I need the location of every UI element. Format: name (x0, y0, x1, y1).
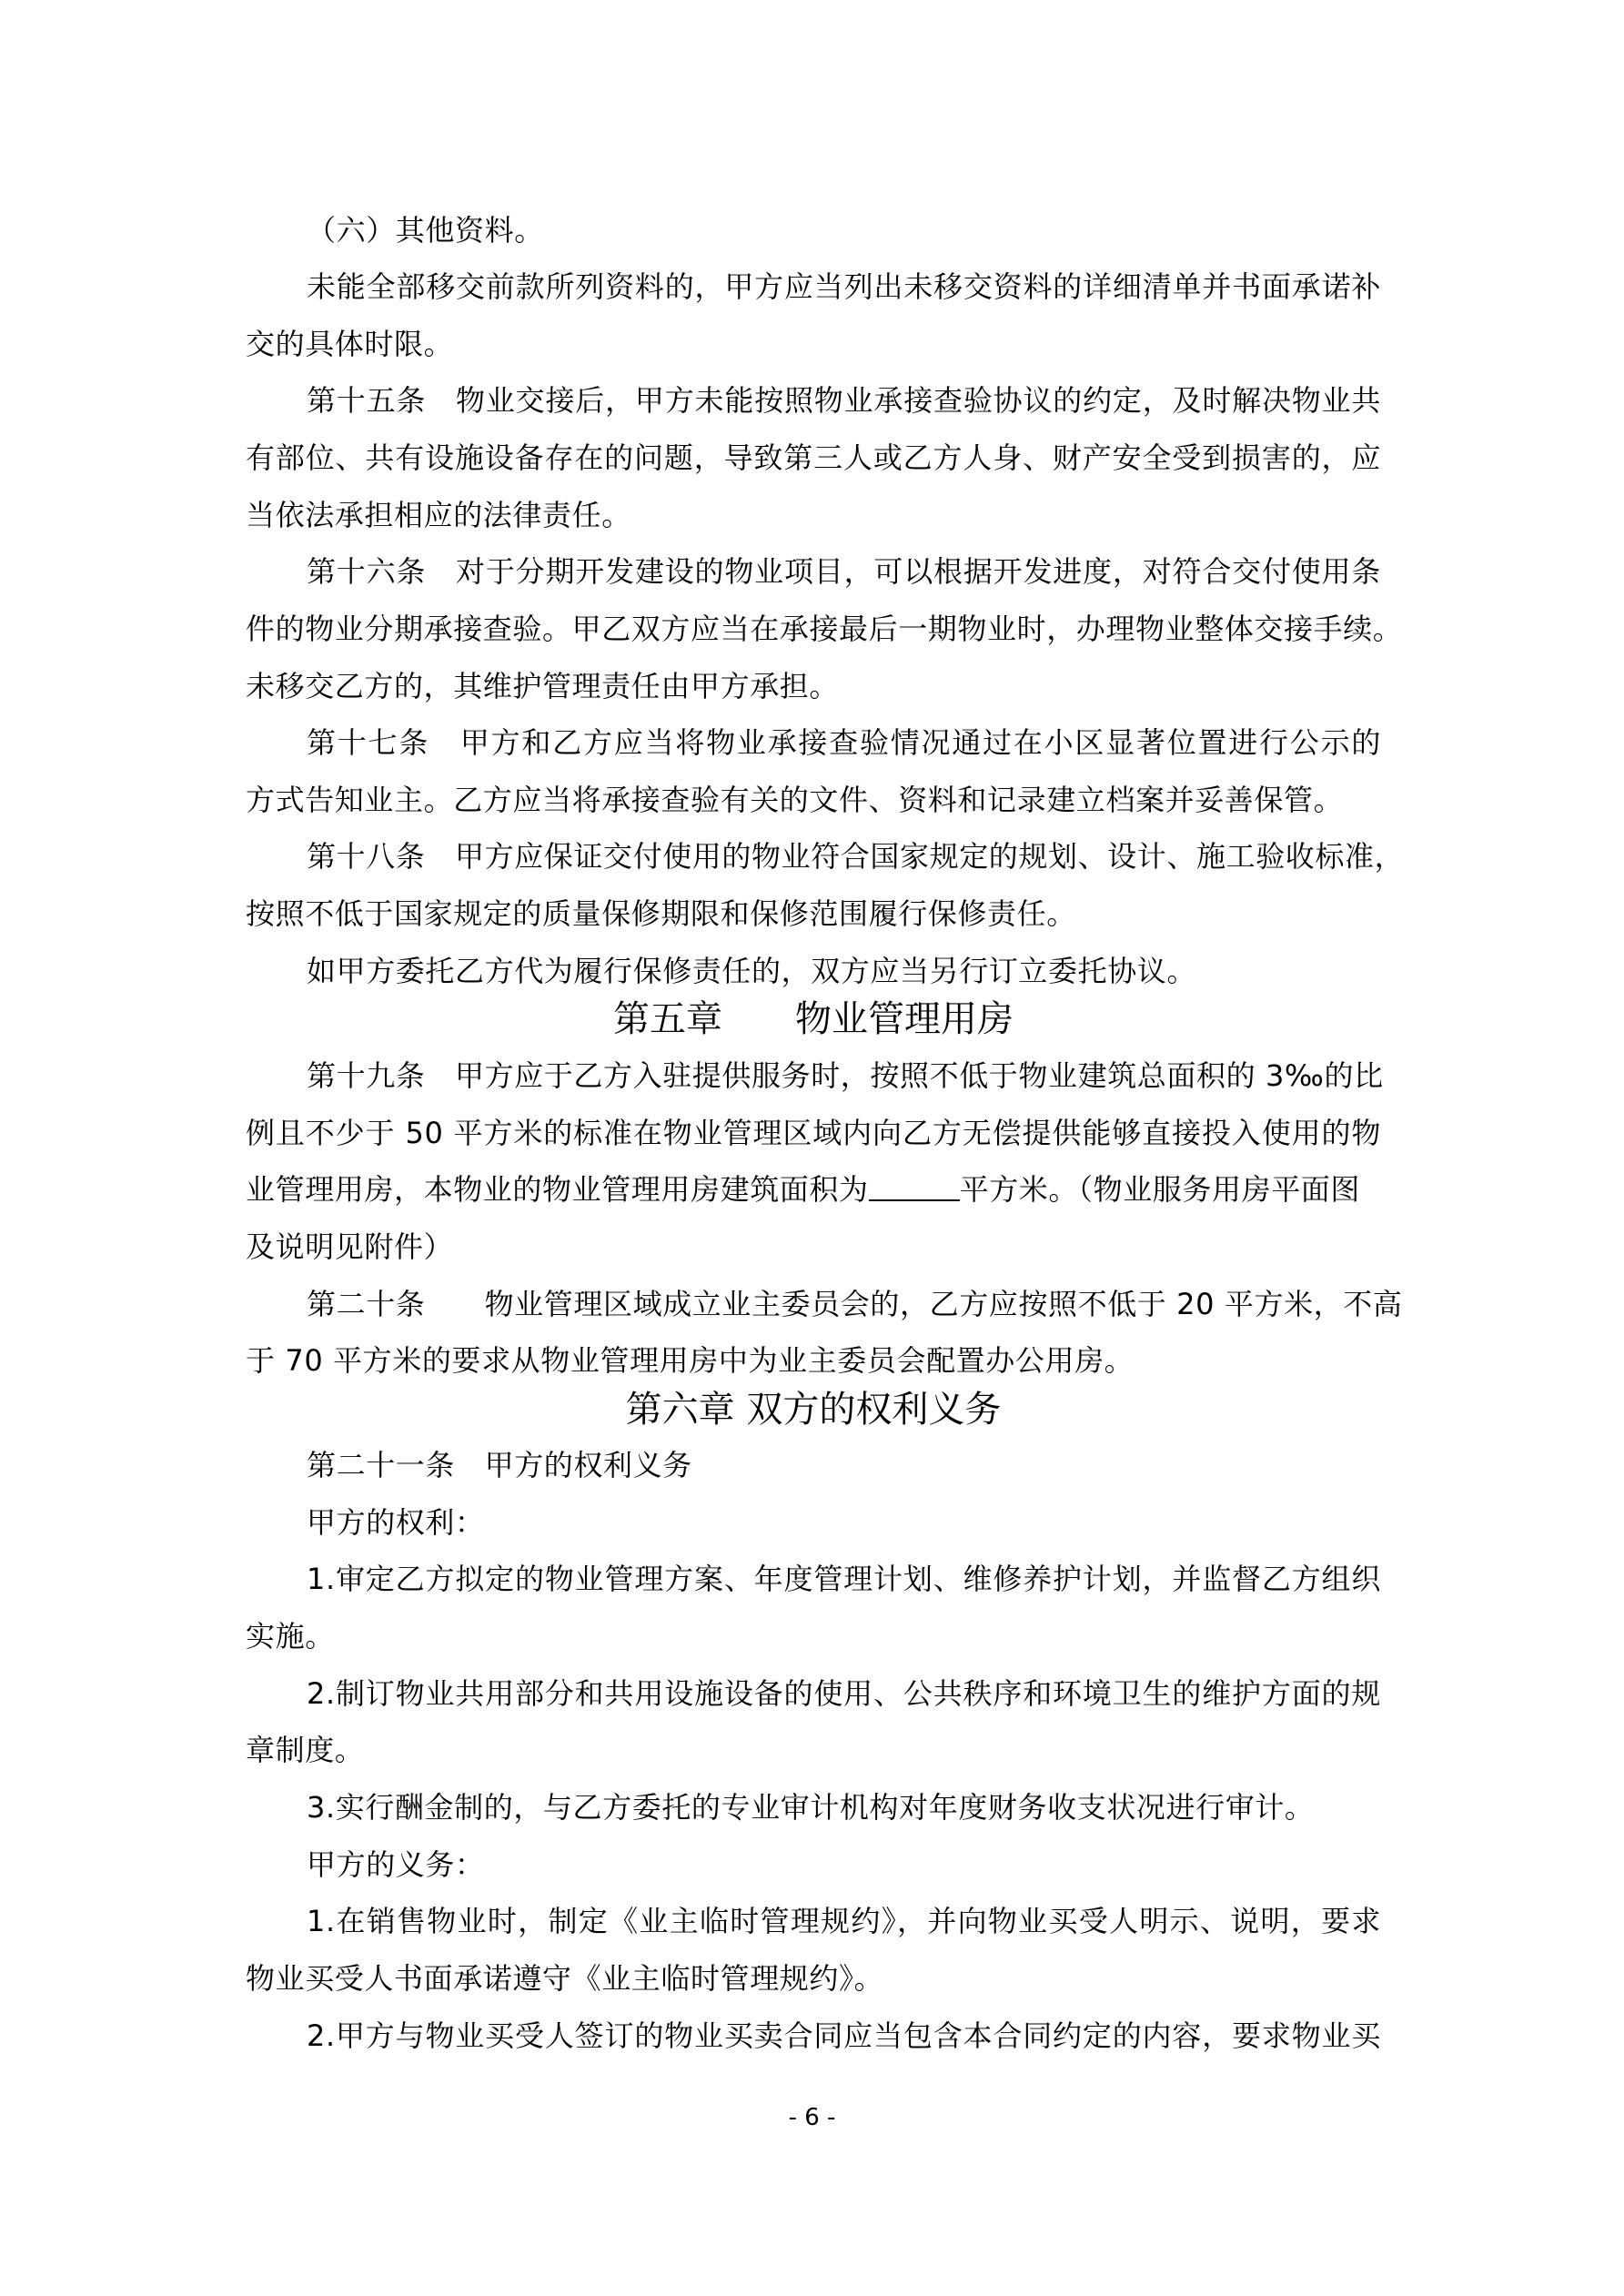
article-17-line: 第十七条 甲方和乙方应当将物业承接查验情况通过在小区显著位置进行公示的 (307, 714, 1381, 771)
text-line: 按照不低于国家规定的质量保修期限和保修范围履行保修责任。 (246, 885, 1381, 942)
text-line: 甲方的权利： (307, 1494, 1381, 1551)
text-segment: 业管理用房，本物业的物业管理用房建筑面积为 (246, 1172, 869, 1207)
text-line: 2.甲方与物业买受人签订的物业买卖合同应当包含本合同约定的内容，要求物业买 (307, 2008, 1381, 2064)
text-line: 物业买受人书面承诺遵守《业主临时管理规约》。 (246, 1950, 1381, 2007)
text-line: 及说明见附件） (246, 1219, 1381, 1275)
article-19-line: 第十九条 甲方应于乙方入驻提供服务时，按照不低于物业建筑总面积的 3‰的比 (307, 1047, 1381, 1104)
chapter-5-heading: 第五章 物业管理用房 (246, 992, 1381, 1047)
area-blank-field[interactable] (869, 1172, 960, 1201)
article-16-line: 第十六条 对于分期开发建设的物业项目，可以根据开发进度，对符合交付使用条 (307, 543, 1381, 600)
text-line: 1.在销售物业时，制定《业主临时管理规约》，并向物业买受人明示、说明，要求 (307, 1893, 1381, 1949)
text-line: 实施。 (246, 1608, 1381, 1664)
text-line: 交的具体时限。 (246, 316, 1381, 372)
article-15-line: 第十五条 物业交接后，甲方未能按照物业承接查验协议的约定，及时解决物业共 (307, 372, 1381, 429)
text-line: 当依法承担相应的法律责任。 (246, 487, 1381, 543)
article-19-area-line: 业管理用房，本物业的物业管理用房建筑面积为平方米。（物业服务用房平面图 (246, 1161, 1381, 1218)
text-line: 甲方的义务： (307, 1836, 1381, 1893)
document-page: （六）其他资料。 未能全部移交前款所列资料的，甲方应当列出未移交资料的详细清单并… (0, 0, 1624, 2296)
text-line: 未能全部移交前款所列资料的，甲方应当列出未移交资料的详细清单并书面承诺补 (307, 258, 1381, 315)
article-18-line: 第十八条 甲方应保证交付使用的物业符合国家规定的规划、设计、施工验收标准， (307, 828, 1381, 885)
chapter-6-heading: 第六章 双方的权利义务 (246, 1382, 1381, 1437)
text-line: 2.制订物业共用部分和共用设施设备的使用、公共秩序和环境卫生的维护方面的规 (307, 1665, 1381, 1722)
text-line: 章制度。 (246, 1722, 1381, 1778)
article-20-line: 第二十条 物业管理区域成立业主委员会的，乙方应按照不低于 20 平方米，不高 (307, 1276, 1381, 1332)
text-line: 件的物业分期承接查验。甲乙双方应当在承接最后一期物业时，办理物业整体交接手续。 (246, 601, 1381, 657)
text-line: 有部位、共有设施设备存在的问题，导致第三人或乙方人身、财产安全受到损害的，应 (246, 430, 1381, 486)
text-line: 例且不少于 50 平方米的标准在物业管理区域内向乙方无偿提供能够直接投入使用的物 (246, 1105, 1381, 1161)
text-line: 未移交乙方的，其维护管理责任由甲方承担。 (246, 658, 1381, 714)
text-line: 如甲方委托乙方代为履行保修责任的，双方应当另行订立委托协议。 (307, 943, 1381, 999)
text-line: （六）其他资料。 (307, 202, 1381, 258)
text-line: 1.审定乙方拟定的物业管理方案、年度管理计划、维修养护计划，并监督乙方组织 (307, 1551, 1381, 1607)
text-line: 方式告知业主。乙方应当将承接查验有关的文件、资料和记录建立档案并妥善保管。 (246, 772, 1381, 828)
text-segment: 平方米。（物业服务用房平面图 (960, 1172, 1360, 1207)
text-line: 3.实行酬金制的，与乙方委托的专业审计机构对年度财务收支状况进行审计。 (307, 1779, 1381, 1836)
page-number: - 6 - (0, 2102, 1624, 2133)
article-21-line: 第二十一条 甲方的权利义务 (307, 1437, 1381, 1493)
text-line: 于 70 平方米的要求从物业管理用房中为业主委员会配置办公用房。 (246, 1332, 1381, 1389)
